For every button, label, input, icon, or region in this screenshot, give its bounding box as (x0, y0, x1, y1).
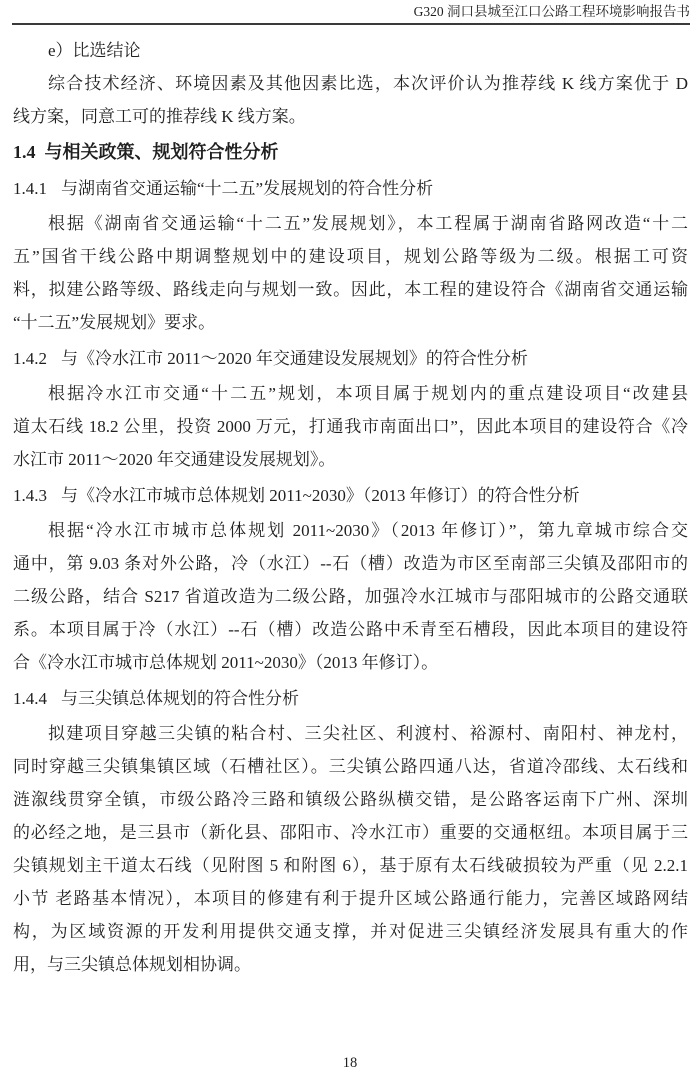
paragraph-line: 构，为区域资源的开发利用提供交通支撑，并对促进三尖镇经济发展具有重大的作 (13, 915, 688, 948)
section-heading-1.4.4: 1.4.4与三尖镇总体规划的符合性分析 (13, 682, 688, 715)
section-title: 与相关政策、规划符合性分析 (45, 142, 279, 162)
section-heading-1.4: 1.4与相关政策、规划符合性分析 (13, 136, 688, 169)
paragraph-line: 根据《湖南省交通运输“十二五”发展规划》，本工程属于湖南省路网改造“十二 (13, 207, 688, 240)
paragraph-line: 根据冷水江市交通“十二五”规划，本项目属于规划内的重点建设项目“改建县 (13, 377, 688, 410)
paragraph-line: 尖镇规划主干道太石线（见附图 5 和附图 6），基于原有太石线破损较为严重（见 … (13, 849, 688, 882)
paragraph-line: 料，拟建公路等级、路线走向与规划一致。因此，本工程的建设符合《湖南省交通运输 (13, 273, 688, 306)
paragraph-line: 道太石线 18.2 公里，投资 2000 万元，打通我市南面出口”，因此本项目的… (13, 410, 688, 443)
paragraph: 根据冷水江市交通“十二五”规划，本项目属于规划内的重点建设项目“改建县道太石线 … (13, 377, 688, 476)
paragraph-line: 用，与三尖镇总体规划相协调。 (13, 948, 688, 981)
section-title: 与《冷水江市 2011～2020 年交通建设发展规划》的符合性分析 (61, 349, 528, 368)
section-number: 1.4.3 (13, 486, 47, 505)
page-footer: 18 (0, 1053, 700, 1073)
paragraph: 根据《湖南省交通运输“十二五”发展规划》，本工程属于湖南省路网改造“十二五”国省… (13, 207, 688, 339)
paragraph-line: 的必经之地，是三县市（新化县、邵阳市、冷水江市）重要的交通枢纽。本项目属于三 (13, 816, 688, 849)
paragraph-line: 根据“冷水江市城市总体规划 2011~2030》（2013 年修订）”，第九章城… (13, 514, 688, 547)
paragraph-line: 二级公路，结合 S217 省道改造为二级公路，加强冷水江城市与邵阳城市的公路交通… (13, 580, 688, 613)
paragraph-line: 线方案，同意工可的推荐线 K 线方案。 (13, 100, 688, 133)
paragraph-line: 同时穿越三尖镇集镇区域（石槽社区）。三尖镇公路四通八达，省道冷邵线、太石线和 (13, 750, 688, 783)
section-title: 与《冷水江市城市总体规划 2011~2030》（2013 年修订）的符合性分析 (61, 486, 580, 505)
paragraph-line: 水江市 2011～2020 年交通建设发展规划》。 (13, 443, 688, 476)
paragraph-line: 拟建项目穿越三尖镇的粘合村、三尖社区、利渡村、裕源村、南阳村、神龙村， (13, 717, 688, 750)
paragraph-line: 通中，第 9.03 条对外公路，冷（水江）--石（槽）改造为市区至南部三尖镇及邵… (13, 547, 688, 580)
section-number: 1.4 (13, 142, 36, 162)
paragraph: 根据“冷水江市城市总体规划 2011~2030》（2013 年修订）”，第九章城… (13, 514, 688, 679)
section-number: 1.4.1 (13, 179, 47, 198)
section-heading-1.4.3: 1.4.3与《冷水江市城市总体规划 2011~2030》（2013 年修订）的符… (13, 479, 688, 512)
paragraph-line: 系。本项目属于冷（水江）--石（槽）改造公路中禾青至石槽段，因此本项目的建设符 (13, 613, 688, 646)
page-number: 18 (343, 1055, 358, 1071)
paragraph-line: 小节 老路基本情况），本项目的修建有利于提升区域公路通行能力，完善区域路网结 (13, 882, 688, 915)
document-page: G320 洞口县城至江口公路工程环境影响报告书 e）比选结论综合技术经济、环境因… (0, 0, 700, 1080)
page-header: G320 洞口县城至江口公路工程环境影响报告书 (12, 0, 690, 25)
paragraph: 拟建项目穿越三尖镇的粘合村、三尖社区、利渡村、裕源村、南阳村、神龙村，同时穿越三… (13, 717, 688, 981)
section-heading-1.4.1: 1.4.1与湖南省交通运输“十二五”发展规划的符合性分析 (13, 172, 688, 205)
section-title: 与湖南省交通运输“十二五”发展规划的符合性分析 (61, 179, 433, 198)
document-content: e）比选结论综合技术经济、环境因素及其他因素比选，本次评价认为推荐线 K 线方案… (13, 34, 688, 981)
section-number: 1.4.2 (13, 349, 47, 368)
section-number: 1.4.4 (13, 689, 47, 708)
paragraph-line: 五”国省干线公路中期调整规划中的建设项目，规划公路等级为二级。根据工可资 (13, 240, 688, 273)
paragraph: 综合技术经济、环境因素及其他因素比选，本次评价认为推荐线 K 线方案优于 D线方… (13, 67, 688, 133)
report-header-title: G320 洞口县城至江口公路工程环境影响报告书 (414, 4, 690, 19)
paragraph-line: “十二五”发展规划》要求。 (13, 306, 688, 339)
section-heading-1.4.2: 1.4.2与《冷水江市 2011～2020 年交通建设发展规划》的符合性分析 (13, 342, 688, 375)
paragraph-line: 合《冷水江市城市总体规划 2011~2030》（2013 年修订）。 (13, 646, 688, 679)
paragraph-line: 综合技术经济、环境因素及其他因素比选，本次评价认为推荐线 K 线方案优于 D (13, 67, 688, 100)
paragraph-line: 涟溆线贯穿全镇，市级公路冷三路和镇级公路纵横交错，是公路客运南下广州、深圳 (13, 783, 688, 816)
list-item-heading: e）比选结论 (13, 34, 688, 67)
section-title: 与三尖镇总体规划的符合性分析 (61, 689, 299, 708)
